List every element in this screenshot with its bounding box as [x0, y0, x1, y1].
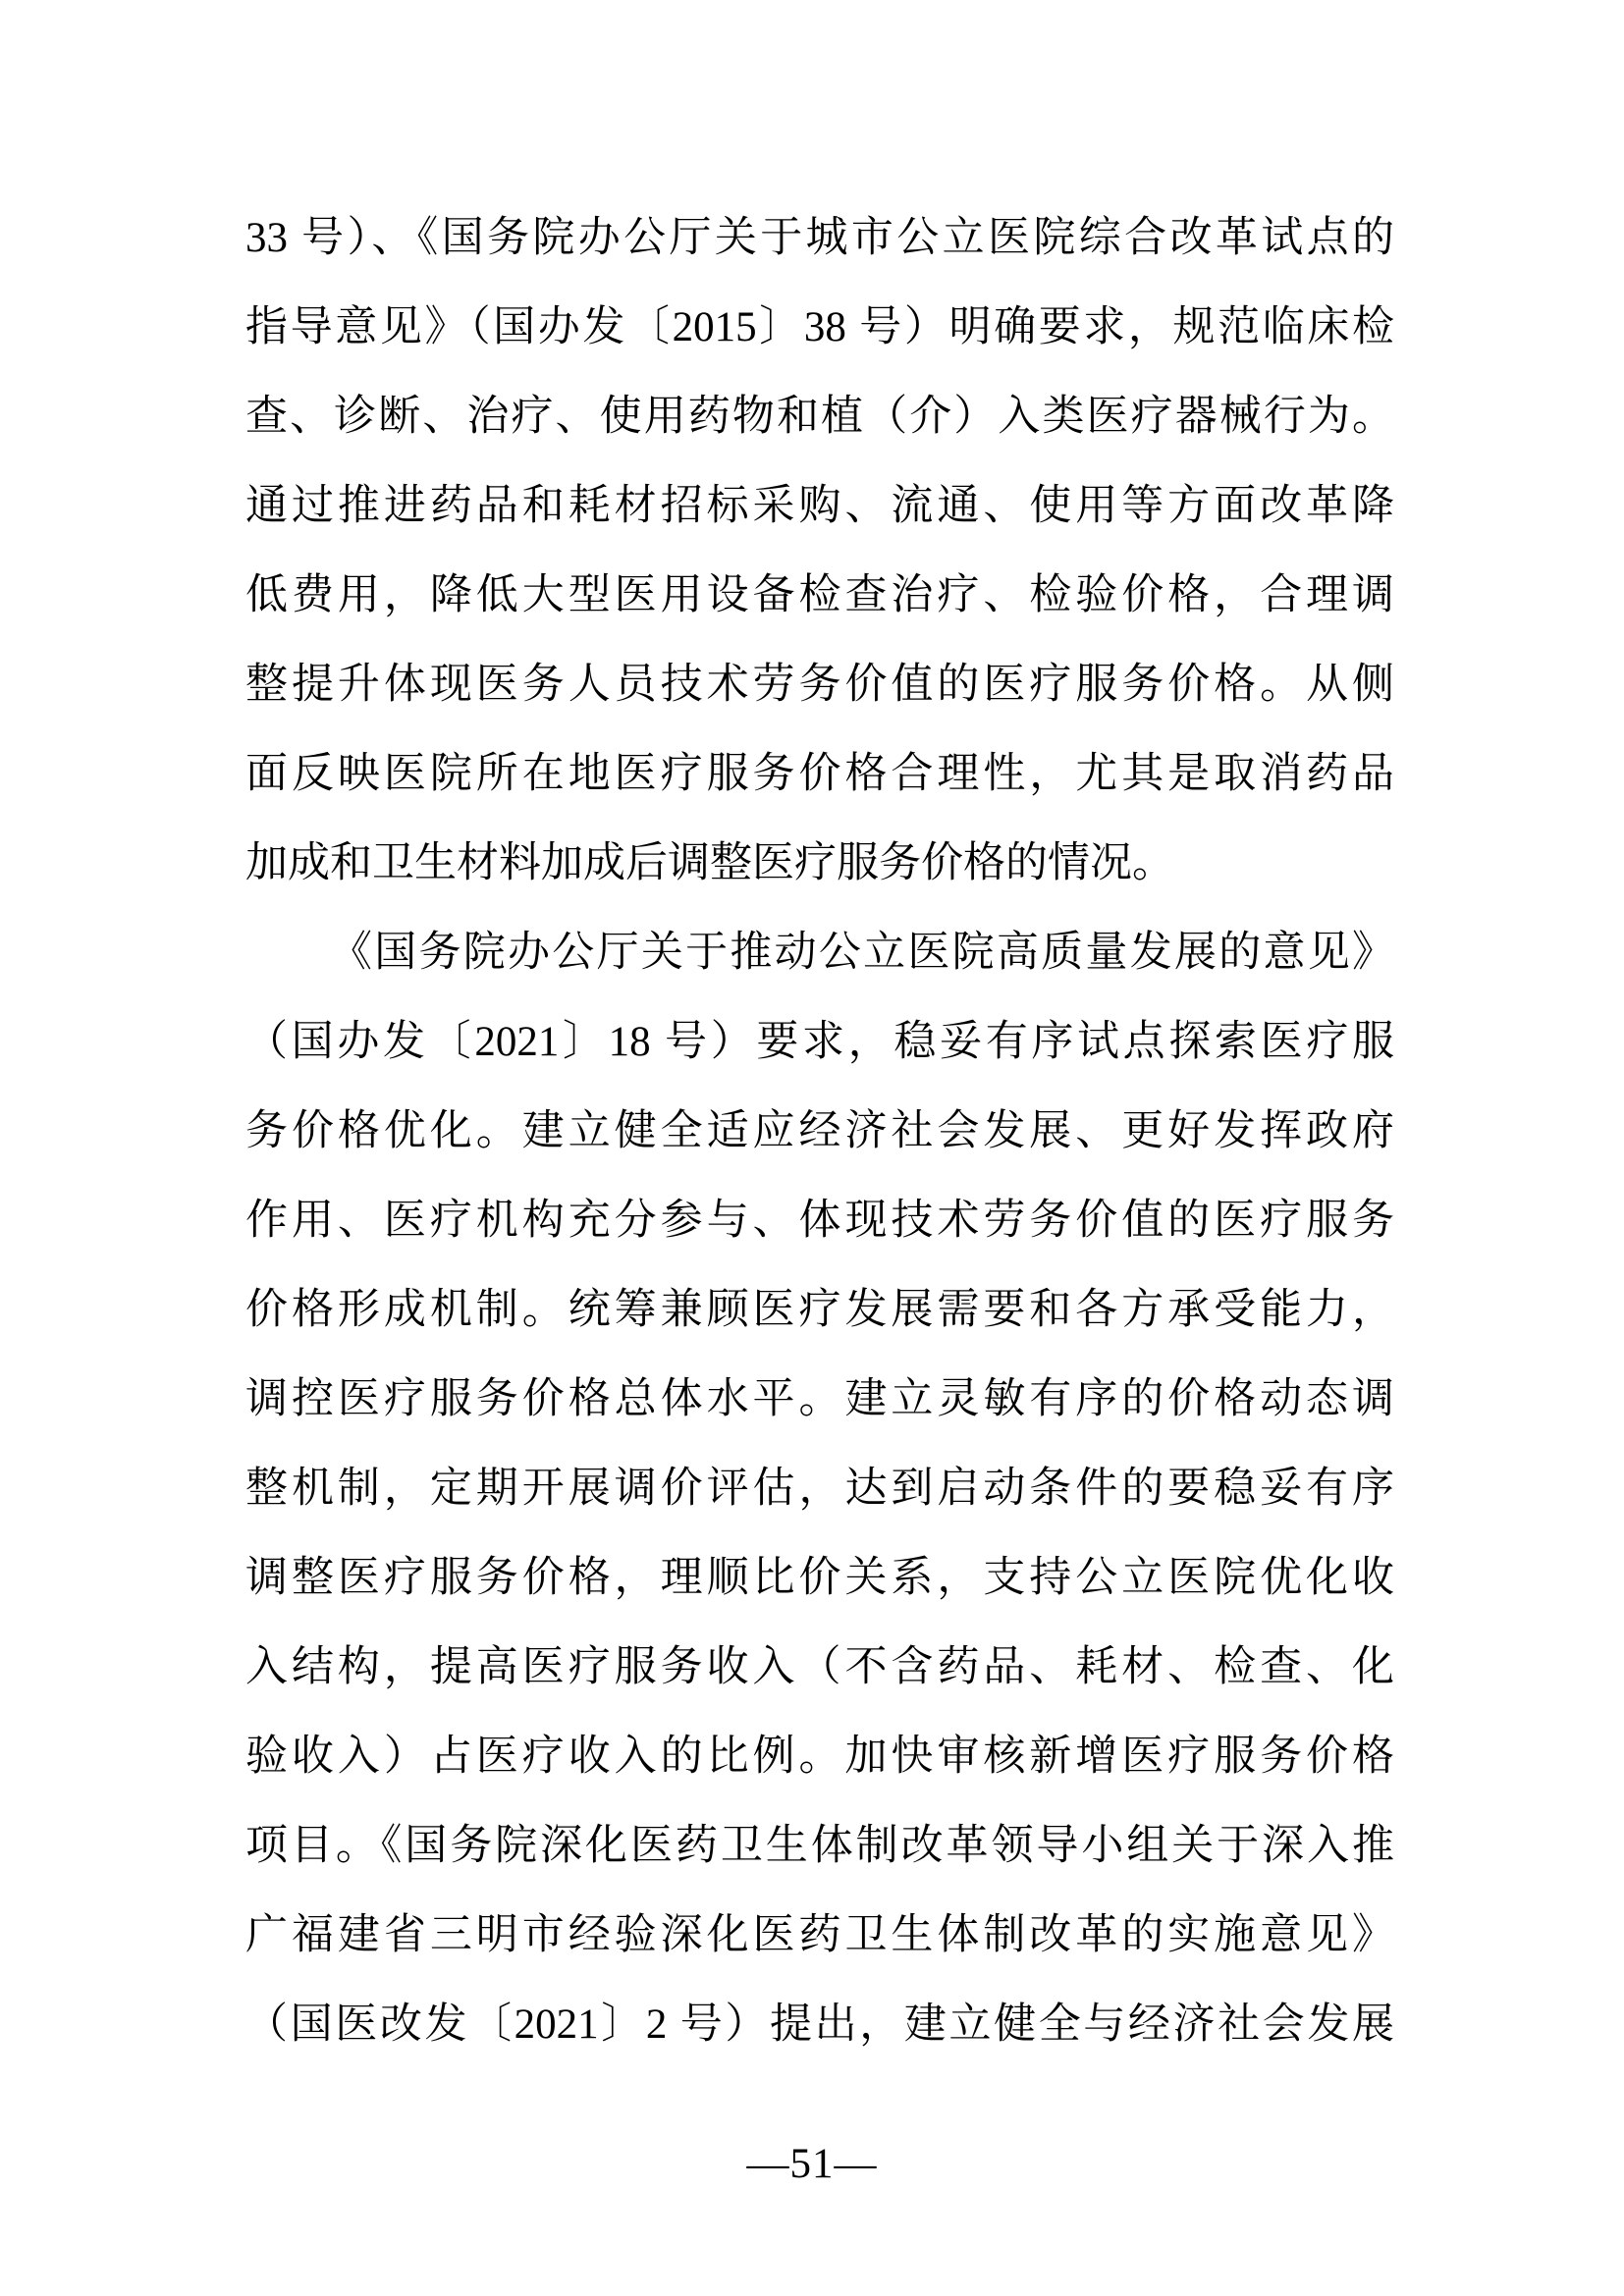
text-line: 作用、医疗机构充分参与、体现技术劳务价值的医疗服务 [245, 1176, 1394, 1265]
text-line: 验收入）占医疗收入的比例。加快审核新增医疗服务价格 [245, 1712, 1394, 1801]
text-line: 价格形成机制。统筹兼顾医疗发展需要和各方承受能力， [245, 1265, 1394, 1355]
text-line-paragraph-end: 加成和卫生材料加成后调整医疗服务价格的情况。 [245, 819, 1394, 908]
text-line: （国医改发〔2021〕2 号）提出，建立健全与经济社会发展 [245, 1980, 1394, 2069]
page-number: —51— [0, 2140, 1624, 2189]
text-line: 整机制，定期开展调价评估，达到启动条件的要稳妥有序 [245, 1444, 1394, 1533]
text-line: 广福建省三明市经验深化医药卫生体制改革的实施意见》 [245, 1891, 1394, 1980]
text-line-paragraph-start: 《国务院办公厅关于推动公立医院高质量发展的意见》 [245, 908, 1394, 997]
text-line: 面反映医院所在地医疗服务价格合理性，尤其是取消药品 [245, 729, 1394, 819]
text-line: 项目。《国务院深化医药卫生体制改革领导小组关于深入推 [245, 1801, 1394, 1891]
text-line: 指导意见》（国办发〔2015〕38 号）明确要求，规范临床检 [245, 283, 1394, 372]
text-line: 低费用，降低大型医用设备检查治疗、检验价格，合理调 [245, 551, 1394, 640]
text-line: 调整医疗服务价格，理顺比价关系，支持公立医院优化收 [245, 1533, 1394, 1623]
text-line: 33 号）、《国务院办公厅关于城市公立医院综合改革试点的 [245, 193, 1394, 283]
text-line: 通过推进药品和耗材招标采购、流通、使用等方面改革降 [245, 461, 1394, 551]
document-page: 33 号）、《国务院办公厅关于城市公立医院综合改革试点的 指导意见》（国办发〔2… [0, 0, 1624, 2296]
text-line: 整提升体现医务人员技术劳务价值的医疗服务价格。从侧 [245, 640, 1394, 729]
text-line: 入结构，提高医疗服务收入（不含药品、耗材、检查、化 [245, 1623, 1394, 1712]
body-text: 33 号）、《国务院办公厅关于城市公立医院综合改革试点的 指导意见》（国办发〔2… [245, 193, 1394, 2069]
text-line: （国办发〔2021〕18 号）要求，稳妥有序试点探索医疗服 [245, 997, 1394, 1087]
text-line: 调控医疗服务价格总体水平。建立灵敏有序的价格动态调 [245, 1355, 1394, 1444]
text-line: 查、诊断、治疗、使用药物和植（介）入类医疗器械行为。 [245, 372, 1394, 461]
text-line: 务价格优化。建立健全适应经济社会发展、更好发挥政府 [245, 1087, 1394, 1176]
